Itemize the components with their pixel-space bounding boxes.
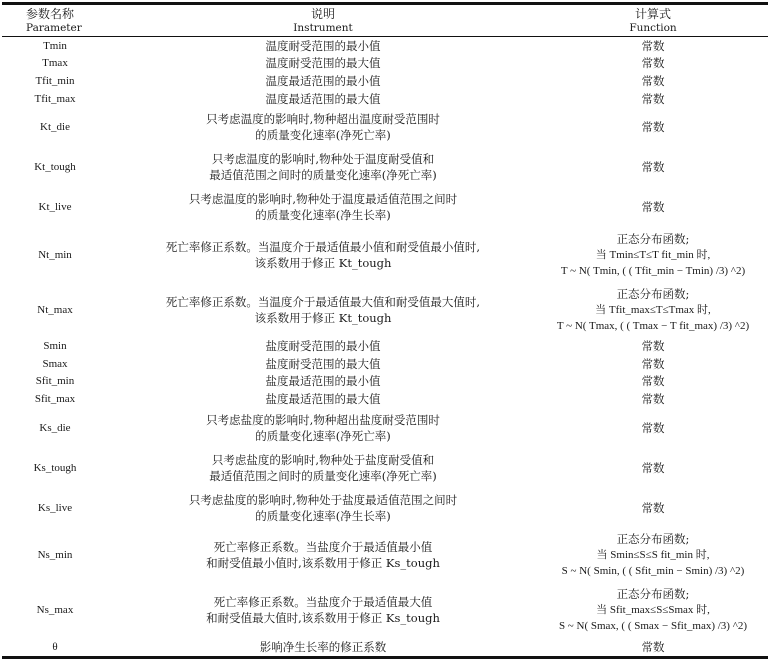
- function-line: 常数: [538, 500, 768, 516]
- description-line: 只考虑盐度的影响时,物种处于盐度最适值范围之间时: [108, 492, 538, 508]
- function-line: 正态分布函数;: [538, 531, 768, 547]
- param-description: 死亡率修正系数。当盐度介于最适值最大值 和耐受值最大值时,该系数用于修正 Ks_…: [108, 583, 538, 638]
- param-function: 常数: [538, 147, 768, 187]
- param-function: 常数: [538, 408, 768, 448]
- function-line: 常数: [538, 199, 768, 215]
- function-line: 常数: [538, 159, 768, 175]
- parameter-table: 参数名称 说明 计算式 Parameter Instrument Functio…: [2, 2, 768, 659]
- function-line: 常数: [538, 373, 768, 389]
- table-row: Ks_tough 只考虑盐度的影响时,物种处于盐度耐受值和 最适值范围之间时的质…: [2, 448, 768, 488]
- param-name: Smax: [2, 355, 108, 373]
- table-row: Tmin 温度耐受范围的最小值 常数: [2, 37, 768, 55]
- header-parameter-zh: 参数名称: [2, 4, 108, 23]
- table-row: Ks_die 只考虑盐度的影响时,物种超出盐度耐受范围时 的质量变化速率(净死亡…: [2, 408, 768, 448]
- description-line: 只考虑盐度的影响时,物种超出盐度耐受范围时: [108, 412, 538, 428]
- function-line: 常数: [538, 420, 768, 436]
- description-line: 影响净生长率的修正系数: [108, 639, 538, 655]
- description-line: 温度最适范围的最大值: [108, 91, 538, 107]
- param-description: 盐度耐受范围的最大值: [108, 355, 538, 373]
- table-row: Smin 盐度耐受范围的最小值 常数: [2, 337, 768, 355]
- param-description: 只考虑温度的影响时,物种处于温度耐受值和 最适值范围之间时的质量变化速率(净死亡…: [108, 147, 538, 187]
- function-line: 当 Tfit_max≤T≤Tmax 时,: [538, 302, 768, 318]
- param-function: 常数: [538, 373, 768, 391]
- param-function: 常数: [538, 337, 768, 355]
- table-row: Tmax 温度耐受范围的最大值 常数: [2, 55, 768, 73]
- description-line: 和耐受值最小值时,该系数用于修正 Ks_tough: [108, 555, 538, 571]
- param-function: 正态分布函数; 当 Tmin≤T≤T fit_min 时, T ~ N( Tmi…: [538, 227, 768, 282]
- param-function: 常数: [538, 187, 768, 227]
- param-name: Ns_max: [2, 583, 108, 638]
- param-function: 常数: [538, 90, 768, 108]
- param-name: Kt_tough: [2, 147, 108, 187]
- table-row: Tfit_min 温度最适范围的最小值 常数: [2, 72, 768, 90]
- description-line: 只考虑盐度的影响时,物种处于盐度耐受值和: [108, 452, 538, 468]
- function-line: 常数: [538, 338, 768, 354]
- function-line: 常数: [538, 55, 768, 71]
- description-line: 的质量变化速率(净死亡率): [108, 428, 538, 444]
- param-name: Nt_min: [2, 227, 108, 282]
- description-line: 盐度最适范围的最小值: [108, 373, 538, 389]
- function-line: 常数: [538, 639, 768, 655]
- param-description: 温度最适范围的最小值: [108, 72, 538, 90]
- header-row-chinese: 参数名称 说明 计算式: [2, 4, 768, 23]
- param-name: Tfit_min: [2, 72, 108, 90]
- table-row: Sfit_max 盐度最适范围的最大值 常数: [2, 390, 768, 408]
- table-row: Nt_max 死亡率修正系数。当温度介于最适值最大值和耐受值最大值时, 该系数用…: [2, 282, 768, 337]
- header-instrument-zh: 说明: [108, 4, 538, 23]
- param-name: Ns_min: [2, 528, 108, 583]
- function-line: 当 Smin≤S≤S fit_min 时,: [538, 547, 768, 563]
- description-line: 该系数用于修正 Kt_tough: [108, 255, 538, 271]
- param-description: 死亡率修正系数。当盐度介于最适值最小值 和耐受值最小值时,该系数用于修正 Ks_…: [108, 528, 538, 583]
- param-name: Sfit_min: [2, 373, 108, 391]
- param-description: 温度耐受范围的最小值: [108, 37, 538, 55]
- function-line: 正态分布函数;: [538, 586, 768, 602]
- description-line: 的质量变化速率(净死亡率): [108, 127, 538, 143]
- description-line: 死亡率修正系数。当温度介于最适值最大值和耐受值最大值时,: [108, 294, 538, 310]
- param-description: 盐度耐受范围的最小值: [108, 337, 538, 355]
- description-line: 该系数用于修正 Kt_tough: [108, 310, 538, 326]
- param-function: 正态分布函数; 当 Sfit_max≤S≤Smax 时, S ~ N( Smax…: [538, 583, 768, 638]
- param-name: Ks_live: [2, 488, 108, 528]
- param-description: 只考虑盐度的影响时,物种处于盐度耐受值和 最适值范围之间时的质量变化速率(净死亡…: [108, 448, 538, 488]
- param-description: 只考虑温度的影响时,物种超出温度耐受范围时 的质量变化速率(净死亡率): [108, 107, 538, 147]
- table-body: Tmin 温度耐受范围的最小值 常数 Tmax 温度耐受范围的最大值 常数 Tf…: [2, 37, 768, 658]
- description-line: 温度耐受范围的最小值: [108, 38, 538, 54]
- param-name: θ: [2, 638, 108, 658]
- description-line: 盐度耐受范围的最大值: [108, 356, 538, 372]
- description-line: 温度耐受范围的最大值: [108, 55, 538, 71]
- param-description: 盐度最适范围的最大值: [108, 390, 538, 408]
- table-row: Nt_min 死亡率修正系数。当温度介于最适值最小值和耐受值最小值时, 该系数用…: [2, 227, 768, 282]
- param-name: Smin: [2, 337, 108, 355]
- param-name: Tmin: [2, 37, 108, 55]
- description-line: 只考虑温度的影响时,物种处于温度最适值范围之间时: [108, 191, 538, 207]
- description-line: 的质量变化速率(净生长率): [108, 508, 538, 524]
- header-row-english: Parameter Instrument Function: [2, 22, 768, 37]
- description-line: 死亡率修正系数。当温度介于最适值最小值和耐受值最小值时,: [108, 239, 538, 255]
- param-name: Tmax: [2, 55, 108, 73]
- table-header: 参数名称 说明 计算式 Parameter Instrument Functio…: [2, 4, 768, 37]
- param-name: Kt_die: [2, 107, 108, 147]
- param-description: 盐度最适范围的最小值: [108, 373, 538, 391]
- header-function-en: Function: [538, 22, 768, 37]
- param-description: 只考虑温度的影响时,物种处于温度最适值范围之间时 的质量变化速率(净生长率): [108, 187, 538, 227]
- function-line: 正态分布函数;: [538, 231, 768, 247]
- table-row: Kt_tough 只考虑温度的影响时,物种处于温度耐受值和 最适值范围之间时的质…: [2, 147, 768, 187]
- param-function: 正态分布函数; 当 Tfit_max≤T≤Tmax 时, T ~ N( Tmax…: [538, 282, 768, 337]
- function-line: T ~ N( Tmin, ( ( Tfit_min − Tmin) /3) ^2…: [538, 263, 768, 279]
- function-line: 常数: [538, 356, 768, 372]
- param-function: 常数: [538, 37, 768, 55]
- param-description: 影响净生长率的修正系数: [108, 638, 538, 658]
- function-line: 常数: [538, 91, 768, 107]
- table-row: Ns_min 死亡率修正系数。当盐度介于最适值最小值 和耐受值最小值时,该系数用…: [2, 528, 768, 583]
- function-line: 当 Tmin≤T≤T fit_min 时,: [538, 247, 768, 263]
- description-line: 最适值范围之间时的质量变化速率(净死亡率): [108, 167, 538, 183]
- function-line: 常数: [538, 119, 768, 135]
- table-row: Ks_live 只考虑盐度的影响时,物种处于盐度最适值范围之间时 的质量变化速率…: [2, 488, 768, 528]
- param-name: Tfit_max: [2, 90, 108, 108]
- description-line: 最适值范围之间时的质量变化速率(净死亡率): [108, 468, 538, 484]
- function-line: 当 Sfit_max≤S≤Smax 时,: [538, 602, 768, 618]
- param-function: 常数: [538, 638, 768, 658]
- function-line: S ~ N( Smax, ( ( Smax − Sfit_max) /3) ^2…: [538, 618, 768, 634]
- header-function-zh: 计算式: [538, 4, 768, 23]
- header-instrument-en: Instrument: [108, 22, 538, 37]
- function-line: 常数: [538, 460, 768, 476]
- description-line: 温度最适范围的最小值: [108, 73, 538, 89]
- param-function: 常数: [538, 448, 768, 488]
- table-row: Kt_live 只考虑温度的影响时,物种处于温度最适值范围之间时 的质量变化速率…: [2, 187, 768, 227]
- param-description: 死亡率修正系数。当温度介于最适值最小值和耐受值最小值时, 该系数用于修正 Kt_…: [108, 227, 538, 282]
- param-function: 常数: [538, 107, 768, 147]
- param-function: 常数: [538, 72, 768, 90]
- table-row: Tfit_max 温度最适范围的最大值 常数: [2, 90, 768, 108]
- description-line: 和耐受值最大值时,该系数用于修正 Ks_tough: [108, 610, 538, 626]
- description-line: 死亡率修正系数。当盐度介于最适值最小值: [108, 539, 538, 555]
- table-row: Ns_max 死亡率修正系数。当盐度介于最适值最大值 和耐受值最大值时,该系数用…: [2, 583, 768, 638]
- param-function: 正态分布函数; 当 Smin≤S≤S fit_min 时, S ~ N( Smi…: [538, 528, 768, 583]
- function-line: 正态分布函数;: [538, 286, 768, 302]
- parameter-table-container: 参数名称 说明 计算式 Parameter Instrument Functio…: [2, 2, 768, 659]
- table-row: Kt_die 只考虑温度的影响时,物种超出温度耐受范围时 的质量变化速率(净死亡…: [2, 107, 768, 147]
- header-parameter-en: Parameter: [2, 22, 108, 37]
- function-line: 常数: [538, 391, 768, 407]
- param-name: Ks_die: [2, 408, 108, 448]
- param-description: 温度耐受范围的最大值: [108, 55, 538, 73]
- description-line: 死亡率修正系数。当盐度介于最适值最大值: [108, 594, 538, 610]
- param-name: Nt_max: [2, 282, 108, 337]
- function-line: S ~ N( Smin, ( ( Sfit_min − Smin) /3) ^2…: [538, 563, 768, 579]
- function-line: 常数: [538, 73, 768, 89]
- description-line: 盐度最适范围的最大值: [108, 391, 538, 407]
- param-function: 常数: [538, 390, 768, 408]
- param-function: 常数: [538, 355, 768, 373]
- param-name: Kt_live: [2, 187, 108, 227]
- description-line: 只考虑温度的影响时,物种处于温度耐受值和: [108, 151, 538, 167]
- param-name: Sfit_max: [2, 390, 108, 408]
- table-row: Sfit_min 盐度最适范围的最小值 常数: [2, 373, 768, 391]
- param-function: 常数: [538, 488, 768, 528]
- description-line: 盐度耐受范围的最小值: [108, 338, 538, 354]
- param-description: 温度最适范围的最大值: [108, 90, 538, 108]
- function-line: T ~ N( Tmax, ( ( Tmax − T fit_max) /3) ^…: [538, 318, 768, 334]
- function-line: 常数: [538, 38, 768, 54]
- param-function: 常数: [538, 55, 768, 73]
- param-description: 只考虑盐度的影响时,物种超出盐度耐受范围时 的质量变化速率(净死亡率): [108, 408, 538, 448]
- table-row: Smax 盐度耐受范围的最大值 常数: [2, 355, 768, 373]
- param-description: 死亡率修正系数。当温度介于最适值最大值和耐受值最大值时, 该系数用于修正 Kt_…: [108, 282, 538, 337]
- description-line: 的质量变化速率(净生长率): [108, 207, 538, 223]
- param-name: Ks_tough: [2, 448, 108, 488]
- param-description: 只考虑盐度的影响时,物种处于盐度最适值范围之间时 的质量变化速率(净生长率): [108, 488, 538, 528]
- description-line: 只考虑温度的影响时,物种超出温度耐受范围时: [108, 111, 538, 127]
- table-row: θ 影响净生长率的修正系数 常数: [2, 638, 768, 658]
